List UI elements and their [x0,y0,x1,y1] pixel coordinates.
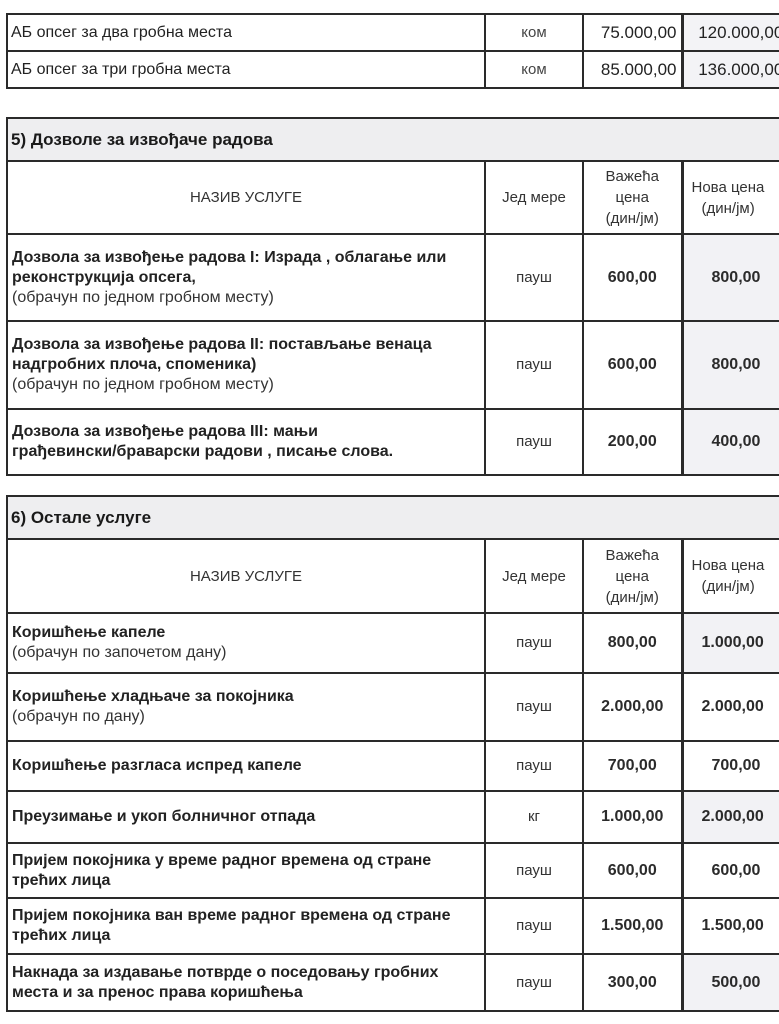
header-current-price-line1: Важећа [588,166,677,187]
service-name-line2: надгробних плоча, споменика) [12,356,256,373]
header-new-price-line1: Нова цена [692,555,779,576]
table-row: Пријем покојника ван време радног времен… [7,898,779,954]
new-price: 800,00 [682,321,779,409]
service-name-cell: Накнада за издавање потврде о поседовању… [7,954,485,1011]
service-name: Коришћење хладњаче за покојника [12,688,294,705]
header-new-price: Нова цена (дин/јм) [682,161,779,234]
service-name-line1: Дозвола за извођење радова III: мањи [12,423,318,440]
service-name-cell: Дозвола за извођење радова II: постављањ… [7,321,485,409]
current-price: 300,00 [583,954,682,1011]
current-price: 85.000,00 [583,51,682,88]
new-price: 2.000,00 [682,791,779,843]
section-title-row: 5) Дозволе за извођаче радова [7,118,779,161]
unit-of-measure: пауш [485,954,583,1011]
current-price: 200,00 [583,409,682,475]
service-name: Коришћење разгласа испред капеле [12,757,302,774]
unit-of-measure: пауш [485,613,583,673]
table-header-row: НАЗИВ УСЛУГЕ Јед мере Важећа цена (дин/ј… [7,161,779,234]
header-new-price-line2: (дин/јм) [692,198,779,219]
table-header-row: НАЗИВ УСЛУГЕ Јед мере Важећа цена (дин/ј… [7,539,779,613]
service-name: Коришћење капеле [12,624,165,641]
current-price: 2.000,00 [583,673,682,741]
service-name-line2: грађевински/браварски радови , писање сл… [12,443,393,460]
header-current-price-line1: Важећа [588,545,677,566]
unit-of-measure: пауш [485,673,583,741]
table-row: Коришћење хладњаче за покојника (обрачун… [7,673,779,741]
service-name-cell: Коришћење хладњаче за покојника (обрачун… [7,673,485,741]
service-name: Пријем покојника у време радног времена … [12,852,431,889]
header-new-price-line2: (дин/јм) [692,576,779,597]
section-title-row: 6) Остале услуге [7,496,779,539]
new-price: 2.000,00 [682,673,779,741]
header-current-price-line2: цена [588,187,677,208]
header-service-name: НАЗИВ УСЛУГЕ [7,539,485,613]
table-row: АБ опсег за два гробна места ком 75.000,… [7,14,779,51]
table-row: Дозвола за извођење радова I: Израда , о… [7,234,779,321]
new-price: 1.000,00 [682,613,779,673]
new-price: 600,00 [682,843,779,898]
current-price: 1.000,00 [583,791,682,843]
service-name-cell: Коришћење капеле (обрачун по започетом д… [7,613,485,673]
current-price: 700,00 [583,741,682,791]
service-name: АБ опсег за два гробна места [7,14,485,51]
unit-of-measure: пауш [485,741,583,791]
table-row: АБ опсег за три гробна места ком 85.000,… [7,51,779,88]
table-row: Коришћење разгласа испред капеле пауш 70… [7,741,779,791]
service-note: (обрачун по једном гробном месту) [12,288,480,308]
service-name-cell: Коришћење разгласа испред капеле [7,741,485,791]
header-new-price-line1: Нова цена [692,177,779,198]
current-price: 1.500,00 [583,898,682,954]
header-service-name: НАЗИВ УСЛУГЕ [7,161,485,234]
service-name: Накнада за издавање потврде о поседовању… [12,964,438,1001]
new-price: 120.000,00 [682,14,779,51]
service-note: (обрачун по дану) [12,707,480,727]
service-name-cell: Дозвола за извођење радова III: мањи гра… [7,409,485,475]
service-note: (обрачун по једном гробном месту) [12,375,480,395]
unit-of-measure: ком [485,14,583,51]
contractor-permits-table: 5) Дозволе за извођаче радова НАЗИВ УСЛУ… [6,117,779,476]
service-name: Преузимање и укоп болничног отпада [12,808,315,825]
header-current-price-line3: (дин/јм) [588,208,677,229]
unit-of-measure: пауш [485,409,583,475]
unit-of-measure: пауш [485,321,583,409]
grave-enclosure-table: АБ опсег за два гробна места ком 75.000,… [6,13,779,89]
new-price: 700,00 [682,741,779,791]
service-name-line1: Дозвола за извођење радова I: Израда , о… [12,249,446,266]
new-price: 400,00 [682,409,779,475]
new-price: 500,00 [682,954,779,1011]
unit-of-measure: кг [485,791,583,843]
table-row: Накнада за издавање потврде о поседовању… [7,954,779,1011]
section-title: 5) Дозволе за извођаче радова [7,118,779,161]
other-services-table: 6) Остале услуге НАЗИВ УСЛУГЕ Јед мере В… [6,495,779,1012]
service-name-cell: Пријем покојника у време радног времена … [7,843,485,898]
current-price: 600,00 [583,843,682,898]
new-price: 1.500,00 [682,898,779,954]
table-row: Коришћење капеле (обрачун по започетом д… [7,613,779,673]
header-current-price-line2: цена [588,566,677,587]
unit-of-measure: пауш [485,234,583,321]
service-name-cell: Дозвола за извођење радова I: Израда , о… [7,234,485,321]
header-unit: Јед мере [485,539,583,613]
unit-of-measure: пауш [485,843,583,898]
service-name-cell: Пријем покојника ван време радног времен… [7,898,485,954]
service-name-line1: Дозвола за извођење радова II: постављањ… [12,336,432,353]
unit-of-measure: пауш [485,898,583,954]
current-price: 75.000,00 [583,14,682,51]
service-name-cell: Преузимање и укоп болничног отпада [7,791,485,843]
section-title: 6) Остале услуге [7,496,779,539]
header-current-price-line3: (дин/јм) [588,587,677,608]
table-row: Дозвола за извођење радова II: постављањ… [7,321,779,409]
new-price: 136.000,00 [682,51,779,88]
table-row: Дозвола за извођење радова III: мањи гра… [7,409,779,475]
header-current-price: Важећа цена (дин/јм) [583,539,682,613]
table-row: Преузимање и укоп болничног отпада кг 1.… [7,791,779,843]
header-current-price: Важећа цена (дин/јм) [583,161,682,234]
header-new-price: Нова цена (дин/јм) [682,539,779,613]
header-unit: Јед мере [485,161,583,234]
table-row: Пријем покојника у време радног времена … [7,843,779,898]
new-price: 800,00 [682,234,779,321]
current-price: 800,00 [583,613,682,673]
service-note: (обрачун по започетом дану) [12,643,480,663]
current-price: 600,00 [583,321,682,409]
service-name: АБ опсег за три гробна места [7,51,485,88]
service-name: Пријем покојника ван време радног времен… [12,907,450,944]
unit-of-measure: ком [485,51,583,88]
service-name-line2: реконструкција опсега, [12,269,196,286]
current-price: 600,00 [583,234,682,321]
